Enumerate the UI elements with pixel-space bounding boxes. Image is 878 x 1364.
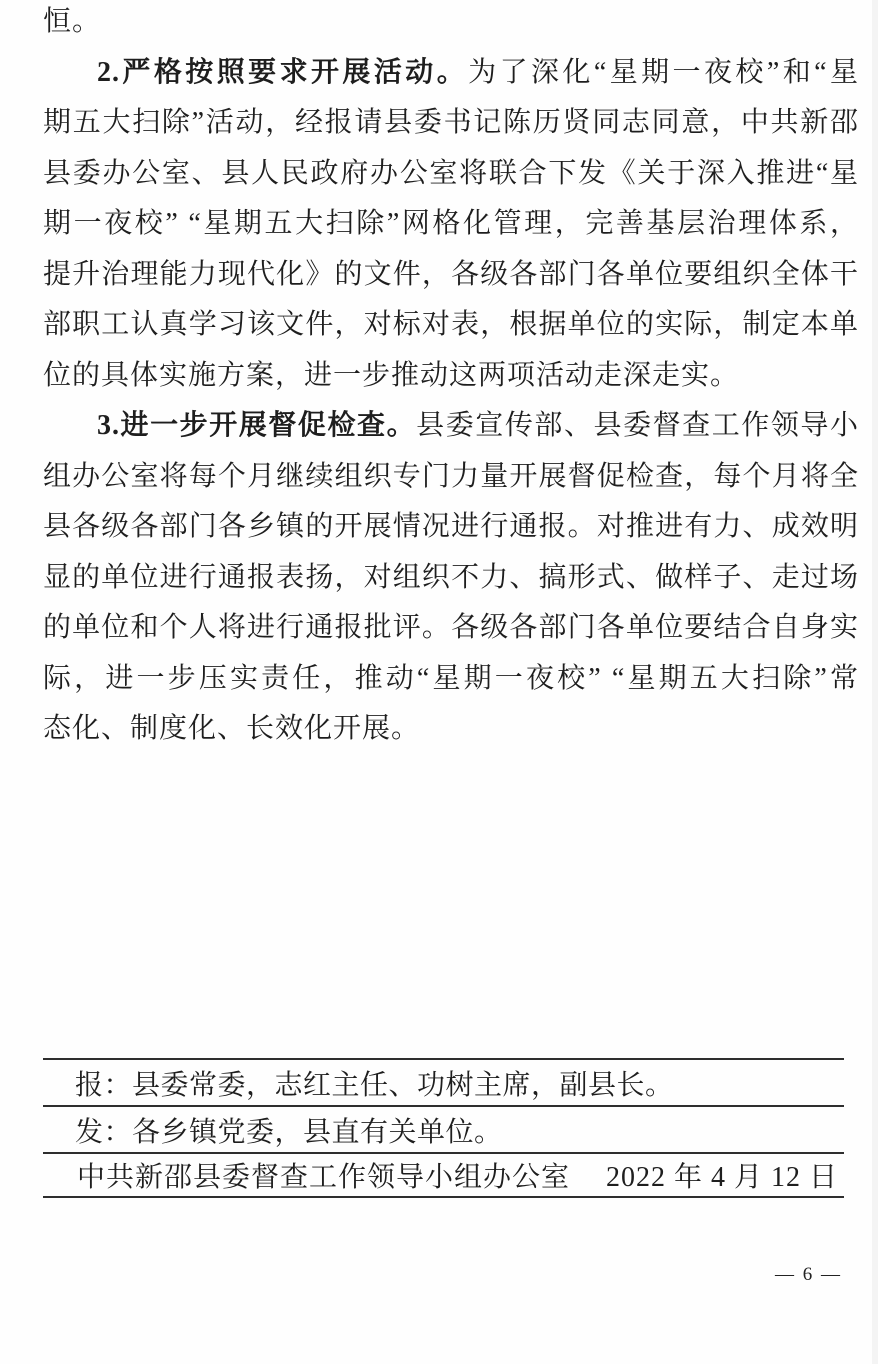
- paragraph-3-line-4: 显的单位进行通报表扬，对组织不力、搞形式、做样子、走过场: [43, 553, 859, 604]
- page-number: — 6 —: [775, 1264, 842, 1286]
- paragraph-2-line-7: 位的具体实施方案，进一步推动这两项活动走深走实。: [43, 351, 859, 402]
- paragraph-2-line-1-text: 为了深化“星期一夜校”和“星: [468, 57, 859, 88]
- report-to-text: 县委常委，志红主任、功树主席，副县长。: [132, 1063, 674, 1103]
- paragraph-2-line-2: 期五大扫除”活动，经报请县委书记陈历贤同志同意，中共新邵: [43, 98, 859, 149]
- paragraph-2-line-5: 提升治理能力现代化》的文件，各级各部门各单位要组织全体干: [43, 250, 859, 301]
- paragraph-3-line-3: 县各级各部门各乡镇的开展情况进行通报。对推进有力、成效明: [43, 502, 859, 553]
- scan-edge-artifact: [872, 0, 878, 1364]
- paragraph-2-line-4: 期一夜校” “星期五大扫除”网格化管理，完善基层治理体系，: [43, 199, 859, 250]
- issuing-office-name: 中共新邵县委督查工作领导小组办公室: [77, 1155, 570, 1195]
- paragraph-3-line-1-text: 县委宣传部、县委督查工作领导小: [416, 410, 859, 441]
- paragraph-3-line-2: 组办公室将每个月继续组织专门力量开展督促检查，每个月将全: [43, 452, 859, 503]
- issued-to-label: 发：: [75, 1110, 132, 1150]
- document-body: 恒。 2.严格按照要求开展活动。为了深化“星期一夜校”和“星 期五大扫除”活动，…: [43, 0, 859, 755]
- distribution-notes-table: 报：县委常委，志红主任、功树主席，副县长。 发：各乡镇党委，县直有关单位。 中共…: [43, 1058, 844, 1198]
- paragraph-2-line-6: 部职工认真学习该文件，对标对表，根据单位的实际，制定本单: [43, 300, 859, 351]
- body-line-carryover: 恒。: [43, 0, 859, 48]
- issue-date: 2022 年 4 月 12 日: [606, 1155, 838, 1195]
- paragraph-3-line-5: 的单位和个人将进行通报批评。各级各部门各单位要结合自身实: [43, 603, 859, 654]
- issued-to-text: 各乡镇党委，县直有关单位。: [132, 1110, 503, 1150]
- report-to-row: 报：县委常委，志红主任、功树主席，副县长。: [43, 1060, 844, 1107]
- paragraph-2-line-3: 县委办公室、县人民政府办公室将联合下发《关于深入推进“星: [43, 149, 859, 200]
- issuing-office-row: 中共新邵县委督查工作领导小组办公室 2022 年 4 月 12 日: [43, 1154, 844, 1198]
- paragraph-3-line-6: 际，进一步压实责任，推动“星期一夜校” “星期五大扫除”常: [43, 654, 859, 705]
- paragraph-2-heading: 2.严格按照要求开展活动。: [97, 57, 468, 88]
- paragraph-3-heading: 3.进一步开展督促检查。: [97, 410, 416, 441]
- report-to-label: 报：: [75, 1063, 132, 1103]
- paragraph-3-line-7: 态化、制度化、长效化开展。: [43, 704, 859, 755]
- paragraph-2-line-1: 2.严格按照要求开展活动。为了深化“星期一夜校”和“星: [43, 48, 859, 99]
- issued-to-row: 发：各乡镇党委，县直有关单位。: [43, 1107, 844, 1154]
- document-page: 恒。 2.严格按照要求开展活动。为了深化“星期一夜校”和“星 期五大扫除”活动，…: [0, 0, 878, 1364]
- paragraph-3-line-1: 3.进一步开展督促检查。县委宣传部、县委督查工作领导小: [43, 401, 859, 452]
